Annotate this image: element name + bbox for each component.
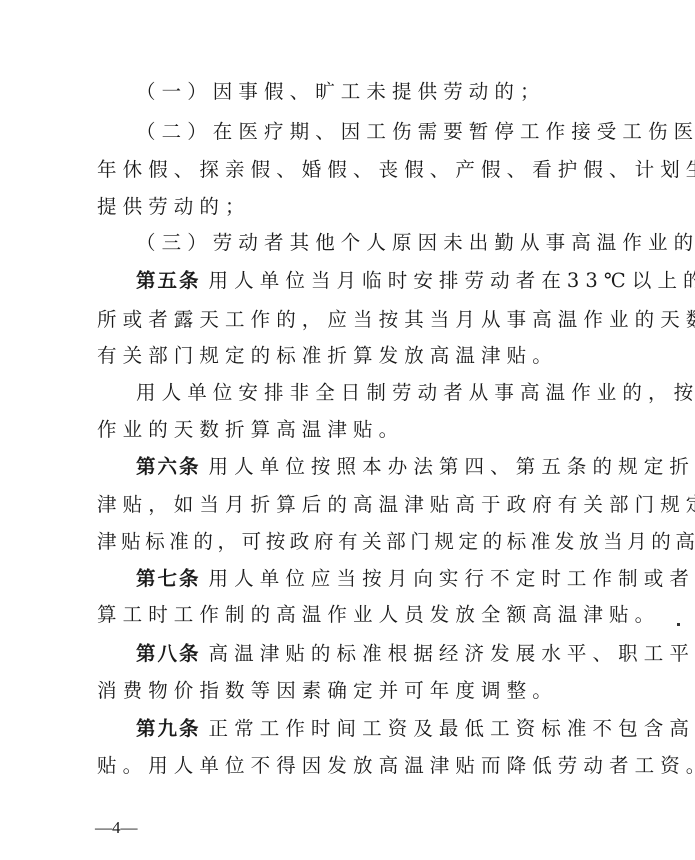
article-5-line: 所或者露天工作的，应当按其当月从事高温作业的天数以及政府 <box>97 305 617 335</box>
article-6-line: 津贴标准的，可按政府有关部门规定的标准发放当月的高温津贴。 <box>97 527 617 557</box>
article-6: 第六条用人单位按照本办法第四、第五条的规定折算高温 <box>136 452 616 482</box>
article-5-line: 有关部门规定的标准折算发放高温津贴。 <box>97 341 617 371</box>
article-5-line: 作业的天数折算高温津贴。 <box>97 415 617 445</box>
article-text: 用人单位应当按月向实行不定时工作制或者综合计 <box>209 567 695 590</box>
paragraph-item-3: （三）劳动者其他个人原因未出勤从事高温作业的情形。 <box>136 228 616 258</box>
article-9-line: 贴。用人单位不得因发放高温津贴而降低劳动者工资。 <box>97 751 617 781</box>
article-7-line: 算工时工作制的高温作业人员发放全额高温津贴。 <box>97 600 617 630</box>
paragraph-item-2: （二）在医疗期、因工伤需要暂停工作接受工伤医疗期间、 <box>136 117 616 147</box>
article-text: 用人单位当月临时安排劳动者在33℃以上的作业场 <box>209 269 695 292</box>
article-text: 正常工作时间工资及最低工资标准不包含高温津 <box>209 717 695 740</box>
article-heading: 第七条 <box>136 567 201 590</box>
article-6-line: 津贴，如当月折算后的高温津贴高于政府有关部门规定的月高温 <box>97 490 617 520</box>
article-heading: 第八条 <box>136 642 201 665</box>
article-5: 第五条用人单位当月临时安排劳动者在33℃以上的作业场 <box>136 266 616 296</box>
article-heading: 第五条 <box>136 269 201 292</box>
article-text: 用人单位按照本办法第四、第五条的规定折算高温 <box>209 455 695 478</box>
article-8-line: 消费物价指数等因素确定并可年度调整。 <box>97 676 617 706</box>
paragraph-item-1: （一）因事假、旷工未提供劳动的； <box>136 77 616 107</box>
article-7: 第七条用人单位应当按月向实行不定时工作制或者综合计 <box>136 564 616 594</box>
page-number: —4— <box>95 816 138 840</box>
paragraph-item-2-cont2: 提供劳动的； <box>97 192 617 222</box>
article-9: 第九条正常工作时间工资及最低工资标准不包含高温津 <box>136 714 616 744</box>
article-heading: 第六条 <box>136 455 201 478</box>
scan-speck <box>677 623 680 626</box>
article-text: 高温津贴的标准根据经济发展水平、职工平均工资、 <box>209 642 695 665</box>
article-8: 第八条高温津贴的标准根据经济发展水平、职工平均工资、 <box>136 639 616 669</box>
article-5-para2: 用人单位安排非全日制劳动者从事高温作业的，按从事高温 <box>136 378 616 408</box>
paragraph-item-2-cont: 年休假、探亲假、婚假、丧假、产假、看护假、计划生育假等未 <box>97 155 617 185</box>
article-heading: 第九条 <box>136 717 201 740</box>
